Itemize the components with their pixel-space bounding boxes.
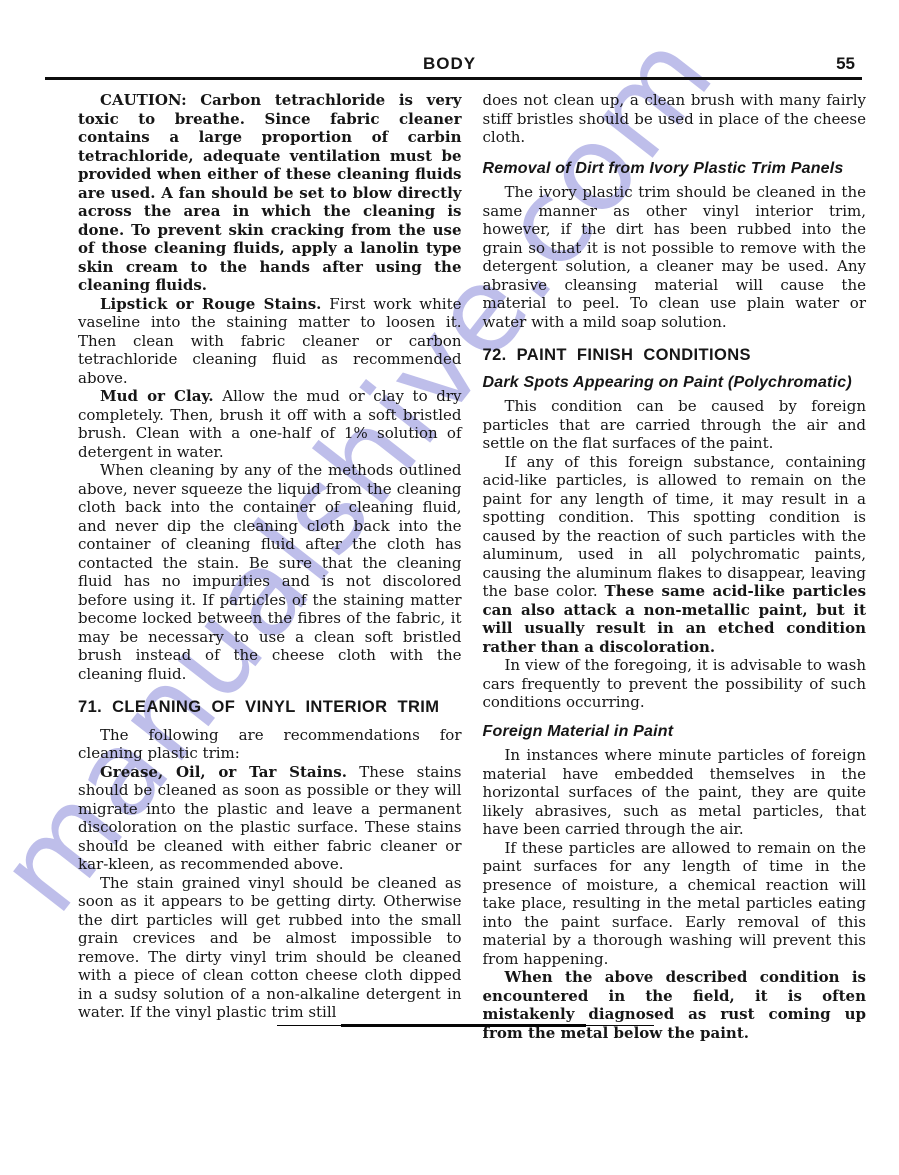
page-number: 55 <box>836 54 855 74</box>
lipstick-lead: Lipstick or Rouge Stains. <box>100 295 321 313</box>
stain-grained-paragraph: The stain grained vinyl should be cleane… <box>78 874 462 1022</box>
ivory-trim-heading: Removal of Dirt from Ivory Plastic Trim … <box>483 160 867 179</box>
continuation-paragraph: does not clean up, a clean brush with ma… <box>483 91 867 147</box>
page-title: BODY <box>0 54 899 74</box>
ivory-trim-paragraph: The ivory plastic trim should be cleaned… <box>483 183 867 331</box>
cleaning-methods-paragraph: When cleaning by any of the methods outl… <box>78 461 462 683</box>
header-divider <box>45 77 862 80</box>
dark-spots-heading: Dark Spots Appearing on Paint (Polychrom… <box>483 374 867 393</box>
grease-lead: Grease, Oil, or Tar Stains. <box>100 763 347 781</box>
manual-page: manualshive.com BODY 55 CAUTION: Carbon … <box>0 0 899 1175</box>
recommendations-paragraph: The following are recommendations for cl… <box>78 726 462 763</box>
dark-spots-paragraph-1: This condition can be caused by foreign … <box>483 397 867 453</box>
right-column: does not clean up, a clean brush with ma… <box>483 91 867 1042</box>
caution-paragraph: CAUTION: Carbon tetrachloride is very to… <box>78 91 462 295</box>
mud-lead: Mud or Clay. <box>100 387 214 405</box>
text-columns: CAUTION: Carbon tetrachloride is very to… <box>78 91 866 1042</box>
foreign-material-heading: Foreign Material in Paint <box>483 723 867 742</box>
mud-paragraph: Mud or Clay. Allow the mud or clay to dr… <box>78 387 462 461</box>
dark-spots-paragraph-2: If any of this foreign substance, contai… <box>483 453 867 657</box>
bottom-divider <box>277 1024 654 1027</box>
section-72-heading: 72. PAINT FINISH CONDITIONS <box>483 346 867 365</box>
section-71-heading: 71. CLEANING OF VINYL INTERIOR TRIM <box>78 698 462 717</box>
grease-paragraph: Grease, Oil, or Tar Stains. These stains… <box>78 763 462 874</box>
foreign-material-paragraph-2: If these particles are allowed to remain… <box>483 839 867 969</box>
left-column: CAUTION: Carbon tetrachloride is very to… <box>78 91 462 1042</box>
dark-spots-p2-normal: If any of this foreign substance, contai… <box>483 453 867 601</box>
foreign-material-paragraph-3: When the above described condition is en… <box>483 968 867 1042</box>
dark-spots-paragraph-3: In view of the foregoing, it is advisabl… <box>483 656 867 712</box>
bottom-divider-thick-line <box>341 1024 586 1027</box>
lipstick-paragraph: Lipstick or Rouge Stains. First work whi… <box>78 295 462 388</box>
foreign-material-paragraph-1: In instances where minute particles of f… <box>483 746 867 839</box>
